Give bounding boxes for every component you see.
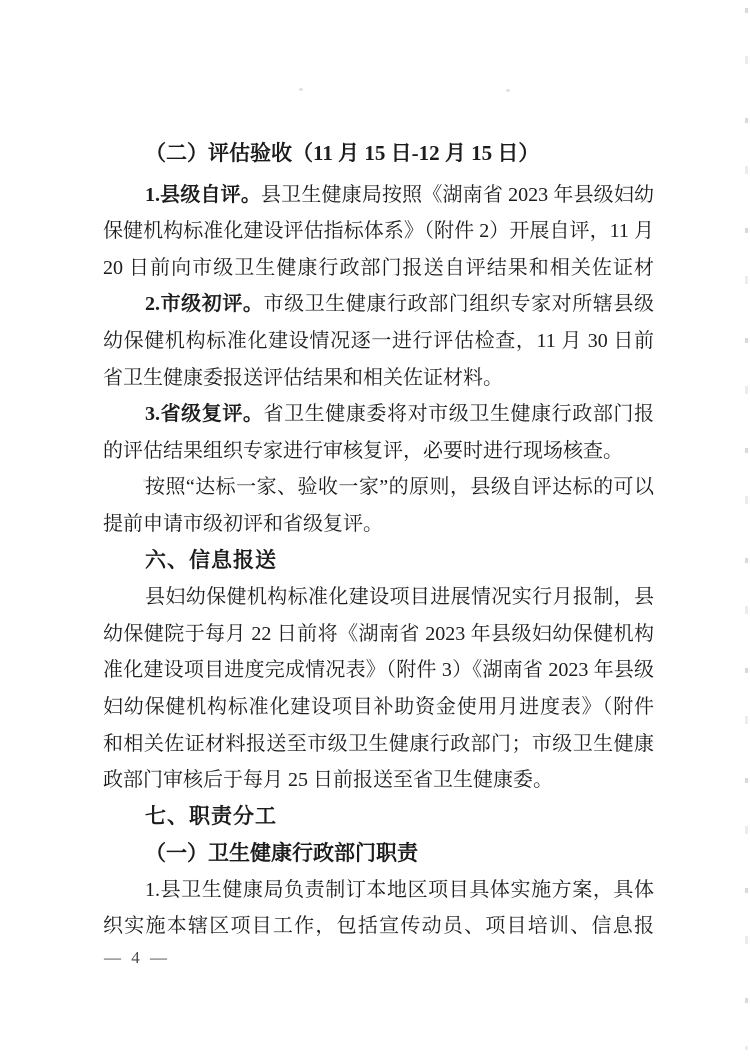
text-run: 政部门审核后于每月 25 日前报送至省卫生健康委。 <box>103 769 553 791</box>
text-run-bold: 2.市级初评。 <box>145 293 264 315</box>
text-line: （一）卫生健康行政部门职责 <box>103 835 654 872</box>
text-run: 准化建设项目进度完成情况表》（附件 3）《湖南省 2023 年县级 <box>103 659 654 681</box>
text-run: 县妇幼保健机构标准化建设项目进展情况实行月报制，县妇 <box>103 586 654 616</box>
text-run: 织实施本辖区项目工作，包括宣传动员、项目培训、信息报送、 <box>103 915 654 945</box>
text-run: 1.县卫生健康局负责制订本地区项目具体实施方案，具体组 <box>103 879 654 909</box>
text-line: 1.县级自评。县卫生健康局按照《湖南省 2023 年县级妇幼 <box>103 177 654 214</box>
text-line: 和相关佐证材料报送至市级卫生健康行政部门；市级卫生健康行 <box>103 726 654 763</box>
text-run: 省卫生健康委报送评估结果和相关佐证材料。 <box>103 367 503 389</box>
text-line: 保健机构标准化建设评估指标体系》（附件 2）开展自评，11 月 <box>103 213 654 250</box>
text-line: 提前申请市级初评和省级复评。 <box>103 506 654 543</box>
text-run: 的评估结果组织专家进行审核复评，必要时进行现场核查。 <box>103 440 623 462</box>
text-run-bold: 七、职责分工 <box>145 805 277 828</box>
text-run-bold: 1.县级自评。 <box>145 184 261 206</box>
text-line: 2.市级初评。市级卫生健康行政部门组织专家对所辖县级妇 <box>103 286 654 323</box>
text-run: 20 日前向市级卫生健康行政部门报送自评结果和相关佐证材料。 <box>103 257 654 287</box>
text-line: 20 日前向市级卫生健康行政部门报送自评结果和相关佐证材料。 <box>103 250 654 287</box>
text-line: 七、职责分工 <box>103 799 654 836</box>
text-line: 政部门审核后于每月 25 日前报送至省卫生健康委。 <box>103 762 654 799</box>
text-line: 按照“达标一家、验收一家”的原则，县级自评达标的可以 <box>103 469 654 506</box>
text-line: 准化建设项目进度完成情况表》（附件 3）《湖南省 2023 年县级 <box>103 652 654 689</box>
document-body: （二）评估验收（11 月 15 日-12 月 15 日）1.县级自评。县卫生健康… <box>103 135 654 945</box>
scan-artifact-speck <box>299 88 303 91</box>
text-run-bold: （二）评估验收（11 月 15 日-12 月 15 日） <box>145 141 539 165</box>
text-line: （二）评估验收（11 月 15 日-12 月 15 日） <box>103 135 654 172</box>
text-line: 3.省级复评。省卫生健康委将对市级卫生健康行政部门报送 <box>103 396 654 433</box>
text-line: 幼保健机构标准化建设情况逐一进行评估检查，11 月 30 日前向 <box>103 323 654 360</box>
text-run-bold: （一）卫生健康行政部门职责 <box>145 841 418 865</box>
scan-artifact-speck <box>143 479 146 482</box>
text-run-bold: 3.省级复评。 <box>145 403 264 425</box>
scan-artifact-speck <box>506 89 510 92</box>
text-run: 保健机构标准化建设评估指标体系》（附件 2）开展自评，11 月 <box>103 220 654 242</box>
text-run: 按照“达标一家、验收一家”的原则，县级自评达标的可以 <box>145 476 654 498</box>
text-line: 妇幼保健机构标准化建设项目补助资金使用月进度表》（附件 4） <box>103 689 654 726</box>
text-line: 1.县卫生健康局负责制订本地区项目具体实施方案，具体组 <box>103 872 654 909</box>
scan-artifact-edge <box>745 8 748 1050</box>
text-line: 县妇幼保健机构标准化建设项目进展情况实行月报制，县妇 <box>103 579 654 616</box>
text-run-bold: 六、信息报送 <box>145 549 277 572</box>
page-number: — 4 — <box>104 948 170 968</box>
text-run: 和相关佐证材料报送至市级卫生健康行政部门；市级卫生健康行 <box>103 733 654 763</box>
text-line: 六、信息报送 <box>103 543 654 580</box>
text-line: 织实施本辖区项目工作，包括宣传动员、项目培训、信息报送、 <box>103 908 654 945</box>
text-run: 提前申请市级初评和省级复评。 <box>103 513 383 535</box>
text-line: 的评估结果组织专家进行审核复评，必要时进行现场核查。 <box>103 433 654 470</box>
text-run: 幼保健机构标准化建设情况逐一进行评估检查，11 月 30 日前向 <box>103 330 654 360</box>
text-line: 省卫生健康委报送评估结果和相关佐证材料。 <box>103 360 654 397</box>
document-page: （二）评估验收（11 月 15 日-12 月 15 日）1.县级自评。县卫生健康… <box>0 0 750 1058</box>
text-run: 妇幼保健机构标准化建设项目补助资金使用月进度表》（附件 4） <box>103 696 654 726</box>
text-line: 幼保健院于每月 22 日前将《湖南省 2023 年县级妇幼保健机构标 <box>103 616 654 653</box>
text-run: 县卫生健康局按照《湖南省 2023 年县级妇幼 <box>261 184 654 206</box>
text-run: 幼保健院于每月 22 日前将《湖南省 2023 年县级妇幼保健机构标 <box>103 623 654 653</box>
